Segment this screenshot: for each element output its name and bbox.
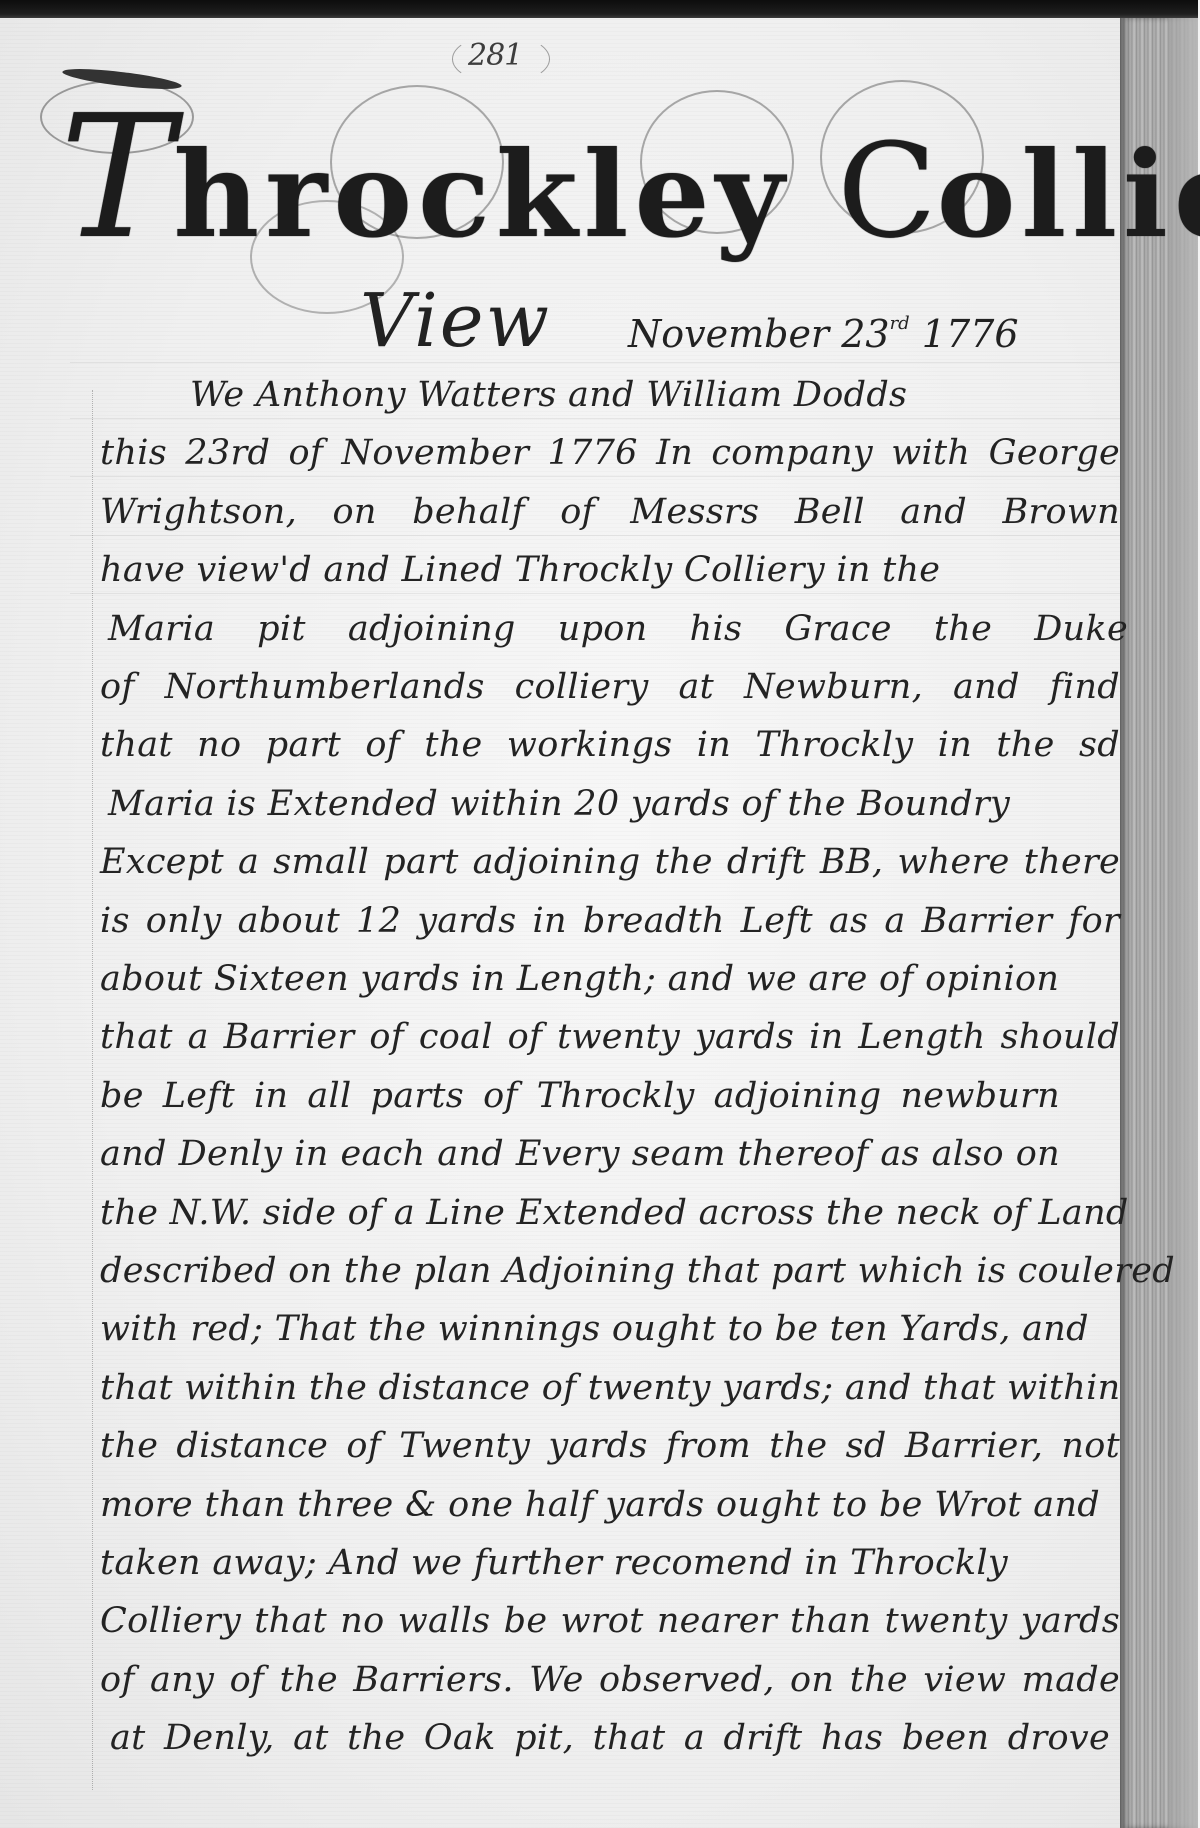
body-line: taken away; And we further recomend in T…: [100, 1534, 1040, 1592]
folio-number: 281: [468, 38, 522, 73]
title-view: View: [360, 278, 551, 364]
body-line: about Sixteen yards in Length; and we ar…: [100, 950, 1030, 1008]
body-line: have view'd and Lined Throckly Colliery …: [100, 541, 1000, 599]
page-title: Throckley Colliery: [60, 108, 1120, 265]
body-line: at Denly, at the Oak pit, that a drift h…: [110, 1709, 1110, 1767]
body-line: that a Barrier of coal of twenty yards i…: [100, 1008, 1120, 1066]
body-line: Colliery that no walls be wrot nearer th…: [100, 1592, 1120, 1650]
body-line: Wrightson, on behalf of Messrs Bell and …: [100, 483, 1120, 541]
body-line: that no part of the workings in Throckly…: [100, 716, 1120, 774]
body-line: is only about 12 yards in breadth Left a…: [100, 892, 1120, 950]
book-cover-top-band: [0, 0, 1200, 20]
body-line: the N.W. side of a Line Extended across …: [100, 1184, 1120, 1242]
date-month: November: [628, 312, 829, 356]
ruled-line: [70, 362, 1120, 363]
body-line: that within the distance of twenty yards…: [100, 1359, 1090, 1417]
title-date: November 23rd 1776: [628, 312, 1019, 356]
body-line: We Anthony Watters and William Dodds: [190, 366, 1100, 424]
body-line: described on the plan Adjoining that par…: [100, 1242, 1120, 1300]
body-line: Maria pit adjoining upon his Grace the D…: [108, 600, 1128, 658]
body-line: and Denly in each and Every seam thereof…: [100, 1125, 1060, 1183]
title-initial: T: [60, 79, 173, 277]
book-page-edges: [1120, 18, 1198, 1828]
body-line: Except a small part adjoining the drift …: [100, 833, 1120, 891]
body-line: of any of the Barriers. We observed, on …: [100, 1651, 1120, 1709]
body-line: with red; That the winnings ought to be …: [100, 1300, 1080, 1358]
body-line: of Northumberlands colliery at Newburn, …: [100, 658, 1120, 716]
date-year: 1776: [922, 312, 1019, 356]
title-word2-rest: olliery: [937, 125, 1200, 264]
body-line: be Left in all parts of Throckly adjoini…: [100, 1067, 1060, 1125]
title-word2-initial: C: [837, 115, 936, 267]
body-line: the distance of Twenty yards from the sd…: [100, 1417, 1120, 1475]
body-line: this 23rd of November 1776 In company wi…: [100, 424, 1120, 482]
body-line: more than three & one half yards ought t…: [100, 1476, 1100, 1534]
body-line: Maria is Extended within 20 yards of the…: [108, 775, 1038, 833]
title-word1-rest: hrockley: [173, 125, 790, 264]
date-day-suffix: rd: [890, 313, 910, 334]
left-margin-line: [92, 390, 93, 1790]
date-day: 23: [841, 312, 889, 356]
